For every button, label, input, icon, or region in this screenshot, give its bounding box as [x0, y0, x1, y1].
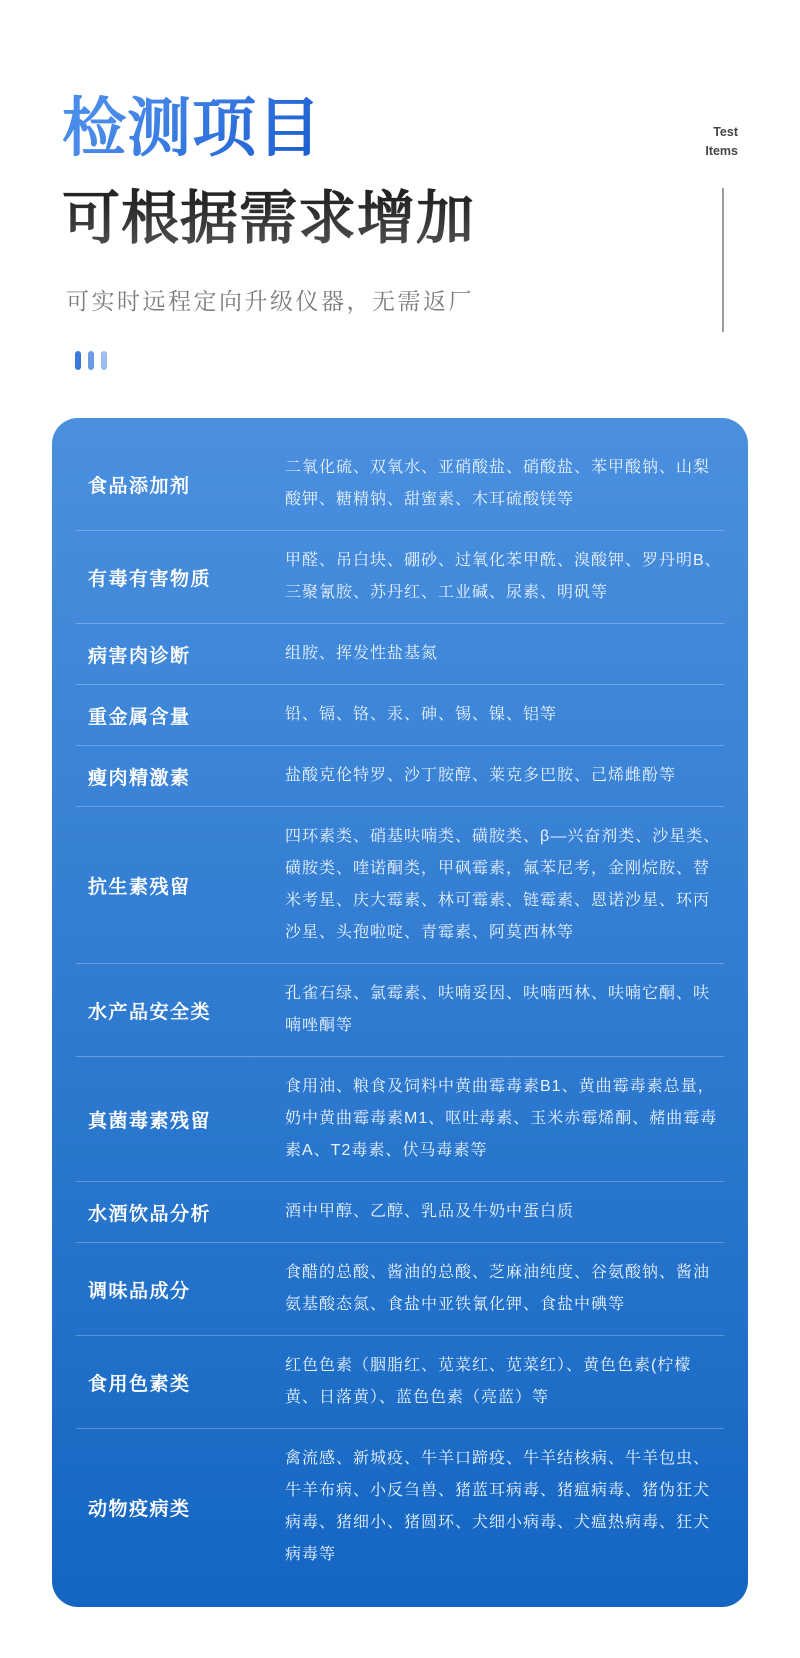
test-items-card: 食品添加剂 二氧化硫、双氧水、亚硝酸盐、硝酸盐、苯甲酸钠、山梨酸钾、糖精钠、甜蜜… — [52, 418, 748, 1607]
accent-bar-icon — [101, 351, 107, 370]
row-category: 调味品成分 — [88, 1276, 285, 1303]
row-items: 酒中甲醇、乙醇、乳品及牛奶中蛋白质 — [285, 1196, 724, 1228]
accent-bar-icon — [75, 351, 81, 370]
table-row: 动物疫病类 禽流感、新城疫、牛羊口蹄疫、牛羊结核病、牛羊包虫、牛羊布病、小反刍兽… — [76, 1429, 724, 1585]
row-category: 食品添加剂 — [88, 471, 285, 498]
vertical-divider — [722, 188, 724, 332]
row-items: 食醋的总酸、酱油的总酸、芝麻油纯度、谷氨酸钠、酱油氨基酸态氮、食盐中亚铁氰化钾、… — [285, 1257, 724, 1321]
page-title-english: Test Items — [705, 123, 738, 162]
page-title: 检测项目 — [62, 94, 322, 164]
row-items: 红色色素（胭脂红、苋菜红、苋菜红）、黄色色素(柠檬黄、日落黄）、蓝色色素（亮蓝）… — [285, 1350, 724, 1414]
row-category: 病害肉诊断 — [88, 641, 285, 668]
row-items: 四环素类、硝基呋喃类、磺胺类、β—兴奋剂类、沙星类、磺胺类、喹诺酮类，甲砜霉素，… — [285, 821, 724, 949]
page-heading: 可根据需求增加 — [62, 184, 475, 254]
page-description: 可实时远程定向升级仪器，无需返厂 — [66, 283, 474, 316]
accent-bar-icon — [88, 351, 94, 370]
row-items: 组胺、挥发性盐基氮 — [285, 638, 724, 670]
table-row: 水产品安全类 孔雀石绿、氯霉素、呋喃妥因、呋喃西林、呋喃它酮、呋喃唑酮等 — [76, 964, 724, 1057]
table-row: 食用色素类 红色色素（胭脂红、苋菜红、苋菜红）、黄色色素(柠檬黄、日落黄）、蓝色… — [76, 1336, 724, 1429]
accent-bars — [75, 351, 107, 370]
table-row: 病害肉诊断 组胺、挥发性盐基氮 — [76, 624, 724, 685]
table-row: 水酒饮品分析 酒中甲醇、乙醇、乳品及牛奶中蛋白质 — [76, 1182, 724, 1243]
row-category: 水产品安全类 — [88, 997, 285, 1024]
row-category: 有毒有害物质 — [88, 564, 285, 591]
row-items: 孔雀石绿、氯霉素、呋喃妥因、呋喃西林、呋喃它酮、呋喃唑酮等 — [285, 978, 724, 1042]
row-category: 重金属含量 — [88, 702, 285, 729]
row-items: 铅、镉、铬、汞、砷、锡、镍、铝等 — [285, 699, 724, 731]
row-items: 二氧化硫、双氧水、亚硝酸盐、硝酸盐、苯甲酸钠、山梨酸钾、糖精钠、甜蜜素、木耳硫酸… — [285, 452, 724, 516]
table-row: 抗生素残留 四环素类、硝基呋喃类、磺胺类、β—兴奋剂类、沙星类、磺胺类、喹诺酮类… — [76, 807, 724, 964]
row-category: 瘦肉精激素 — [88, 763, 285, 790]
row-items: 食用油、粮食及饲料中黄曲霉毒素B1、黄曲霉毒素总量，奶中黄曲霉毒素M1、呕吐毒素… — [285, 1071, 724, 1167]
row-items: 盐酸克伦特罗、沙丁胺醇、莱克多巴胺、己烯雌酚等 — [285, 760, 724, 792]
table-row: 食品添加剂 二氧化硫、双氧水、亚硝酸盐、硝酸盐、苯甲酸钠、山梨酸钾、糖精钠、甜蜜… — [76, 438, 724, 531]
table-row: 调味品成分 食醋的总酸、酱油的总酸、芝麻油纯度、谷氨酸钠、酱油氨基酸态氮、食盐中… — [76, 1243, 724, 1336]
row-category: 动物疫病类 — [88, 1494, 285, 1521]
row-items: 禽流感、新城疫、牛羊口蹄疫、牛羊结核病、牛羊包虫、牛羊布病、小反刍兽、猪蓝耳病毒… — [285, 1443, 724, 1571]
row-category: 真菌毒素残留 — [88, 1106, 285, 1133]
row-items: 甲醛、吊白块、硼砂、过氧化苯甲酰、溴酸钾、罗丹明B、三聚氰胺、苏丹红、工业碱、尿… — [285, 545, 724, 609]
row-category: 水酒饮品分析 — [88, 1199, 285, 1226]
table-row: 重金属含量 铅、镉、铬、汞、砷、锡、镍、铝等 — [76, 685, 724, 746]
table-row: 有毒有害物质 甲醛、吊白块、硼砂、过氧化苯甲酰、溴酸钾、罗丹明B、三聚氰胺、苏丹… — [76, 531, 724, 624]
row-category: 抗生素残留 — [88, 872, 285, 899]
row-category: 食用色素类 — [88, 1369, 285, 1396]
table-row: 真菌毒素残留 食用油、粮食及饲料中黄曲霉毒素B1、黄曲霉毒素总量，奶中黄曲霉毒素… — [76, 1057, 724, 1182]
table-row: 瘦肉精激素 盐酸克伦特罗、沙丁胺醇、莱克多巴胺、己烯雌酚等 — [76, 746, 724, 807]
